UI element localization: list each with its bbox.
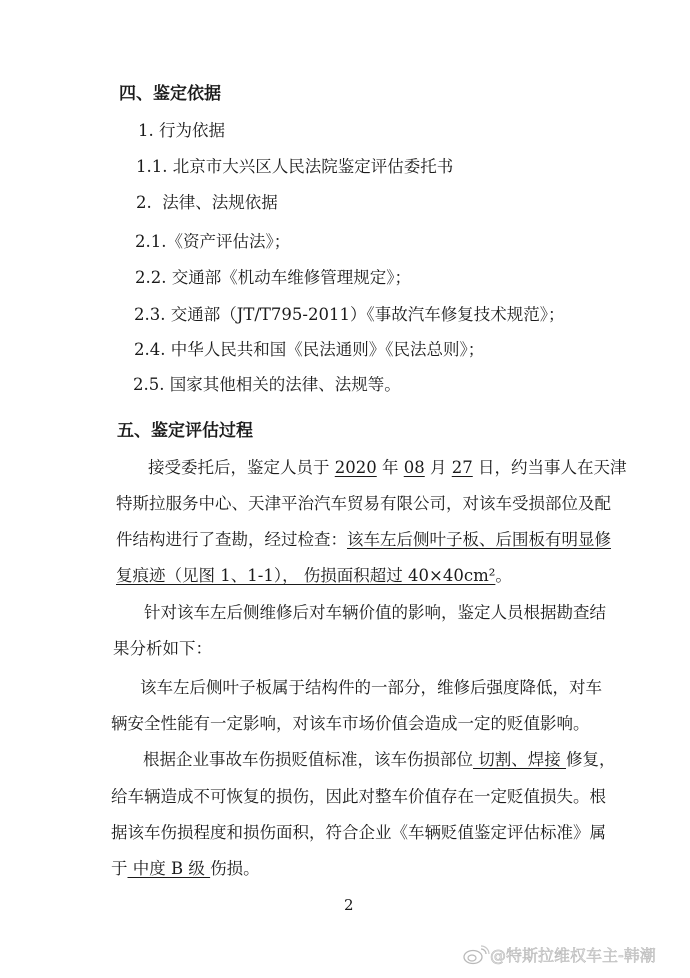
month-value: 08 <box>404 458 425 477</box>
item-text: 北京市大兴区人民法院鉴定评估委托书 <box>173 157 454 176</box>
item-text: 交通部《机动车维修管理规定》； <box>172 268 411 287</box>
damage-grade: 中度 B 级 <box>128 859 211 878</box>
paragraph-line: 辆安全性能有一定影响，对该车市场价值会造成一定的贬值影响。 <box>111 714 590 734</box>
item-text: 交通部（JT/T795-2011）《事故汽车修复技术规范》； <box>171 305 565 324</box>
day-value: 27 <box>452 458 473 477</box>
paragraph-line: 于 中度 B 级 伤损。 <box>111 859 260 879</box>
list-item: 2. 法律、法规依据 <box>136 193 278 213</box>
weibo-icon <box>462 945 490 965</box>
inspection-finding: 该车左后侧叶子板、后围板有明显修 <box>347 530 611 549</box>
repair-method: 切割、焊接 <box>473 750 566 769</box>
list-item: 2.2. 交通部《机动车维修管理规定》； <box>135 268 411 288</box>
watermark-text: @特斯拉维权车主-韩潮 <box>490 946 656 965</box>
paragraph-line: 特斯拉服务中心、天津平治汽车贸易有限公司，对该车受损部位及配 <box>116 494 611 514</box>
item-number: 2.5. <box>133 375 165 394</box>
paragraph-line: 根据企业事故车伤损贬值标准，该车伤损部位 切割、焊接 修复， <box>143 750 616 770</box>
item-number: 2.4. <box>134 340 166 359</box>
paragraph-line: 针对该车左后侧维修后对车辆价值的影响，鉴定人员根据勘查结 <box>144 603 606 623</box>
paragraph-line: 据该车伤损程度和损伤面积，符合企业《车辆贬值鉴定评估标准》属 <box>111 823 606 843</box>
item-text: 行为依据 <box>159 121 225 140</box>
item-text: 法律、法规依据 <box>162 193 278 212</box>
item-text: 中华人民共和国《民法通则》《民法总则》； <box>171 340 485 359</box>
list-item: 2.3. 交通部（JT/T795-2011）《事故汽车修复技术规范》； <box>134 305 565 325</box>
list-item: 2.1.《资产评估法》； <box>135 232 290 252</box>
item-text: 《资产评估法》； <box>167 232 291 251</box>
page-number: 2 <box>344 896 354 914</box>
list-item: 1. 行为依据 <box>138 121 225 141</box>
item-text: 国家其他相关的法律、法规等。 <box>170 375 401 394</box>
watermark: @特斯拉维权车主-韩潮 <box>462 943 656 966</box>
section-5-heading: 五、鉴定评估过程 <box>117 421 253 441</box>
item-number: 2. <box>136 193 152 212</box>
paragraph-line: 接受委托后，鉴定人员于 2020 年 08 月 27 日，约当事人在天津 <box>148 458 627 478</box>
list-item: 2.4. 中华人民共和国《民法通则》《民法总则》； <box>134 340 484 360</box>
paragraph-line: 件结构进行了查勘，经过检查：该车左后侧叶子板、后围板有明显修 <box>116 530 611 550</box>
paragraph-line: 该车左后侧叶子板属于结构件的一部分，维修后强度降低，对车 <box>140 678 602 698</box>
list-item: 2.5. 国家其他相关的法律、法规等。 <box>133 375 401 395</box>
item-number: 2.1. <box>135 232 167 251</box>
item-number: 1.1. <box>136 157 168 176</box>
damage-area: 复痕迹（见图 1、1-1）， 伤损面积超过 40×40cm² <box>116 566 495 585</box>
paragraph-line: 果分析如下： <box>113 639 212 659</box>
paragraph-line: 给车辆造成不可恢复的损伤，因此对整车价值存在一定贬值损失。根 <box>111 787 606 807</box>
year-value: 2020 <box>335 458 377 477</box>
section-4-heading: 四、鉴定依据 <box>119 84 221 104</box>
list-item: 1.1. 北京市大兴区人民法院鉴定评估委托书 <box>136 157 453 177</box>
item-number: 2.3. <box>134 305 166 324</box>
item-number: 1. <box>138 121 154 140</box>
item-number: 2.2. <box>135 268 167 287</box>
paragraph-line: 复痕迹（见图 1、1-1）， 伤损面积超过 40×40cm²。 <box>116 566 512 586</box>
